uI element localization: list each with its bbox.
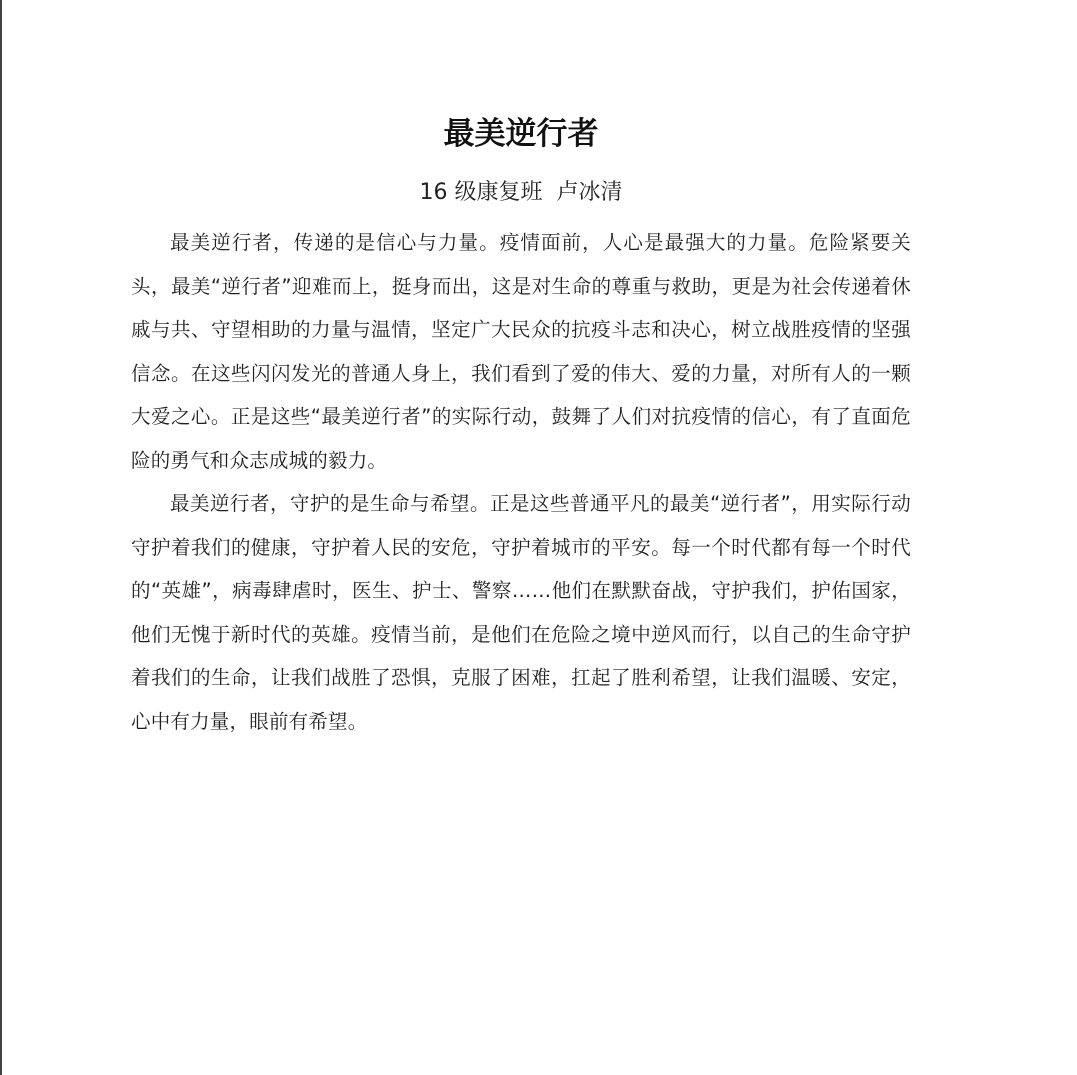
document-title: 最美逆行者	[131, 112, 911, 156]
author-byline: 16 级康复班 卢冰清	[131, 178, 911, 208]
document-page: 最美逆行者 16 级康复班 卢冰清 最美逆行者，传递的是信心与力量。疫情面前，人…	[131, 112, 911, 743]
paragraph-2: 最美逆行者，守护的是生命与希望。正是这些普通平凡的最美“逆行者”，用实际行动守护…	[131, 482, 911, 743]
page-left-edge	[0, 0, 2, 1075]
paragraph-1: 最美逆行者，传递的是信心与力量。疫情面前，人心是最强大的力量。危险紧要关头，最美…	[131, 221, 911, 482]
